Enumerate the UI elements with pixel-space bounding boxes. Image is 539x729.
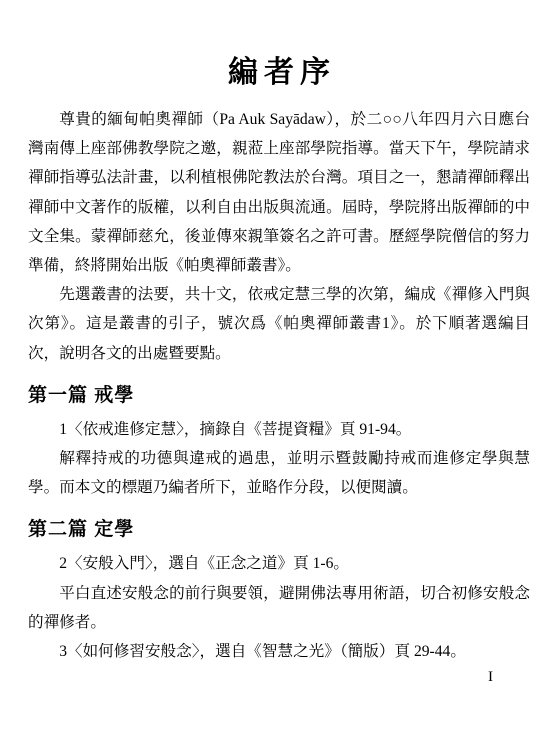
section2-item-2: 2〈安般入門〉，選自《正念之道》頁 1-6。 bbox=[28, 549, 530, 578]
section1-description: 解釋持戒的功德與違戒的過患，並明示暨鼓勵持戒而進修定學與慧學。而本文的標題乃編者… bbox=[28, 444, 530, 502]
section1-item-1: 1〈依戒進修定慧〉，摘錄自《菩提資糧》頁 91-94。 bbox=[28, 415, 530, 444]
section-heading-precepts: 第一篇 戒學 bbox=[28, 381, 530, 410]
section2-description: 平白直述安般念的前行與要領，避開佛法專用術語，切合初修安般念的禪修者。 bbox=[28, 579, 530, 637]
section2-item-3: 3〈如何修習安般念〉，選自《智慧之光》（簡版）頁 29-44。 bbox=[28, 637, 530, 666]
page-number: I bbox=[488, 664, 493, 690]
section-heading-concentration: 第二篇 定學 bbox=[28, 515, 530, 544]
page-title: 編者序 bbox=[28, 55, 530, 91]
document-page: 編者序 尊貴的緬甸帕奧禪師（Pa Auk Sayādaw），於二○○八年四月六日… bbox=[0, 0, 539, 729]
intro-paragraph-1: 尊貴的緬甸帕奧禪師（Pa Auk Sayādaw），於二○○八年四月六日應台灣南… bbox=[28, 105, 530, 280]
intro-paragraph-2: 先選叢書的法要，共十文，依戒定慧三學的次第，編成《禪修入門與次第》。這是叢書的引… bbox=[28, 280, 530, 368]
